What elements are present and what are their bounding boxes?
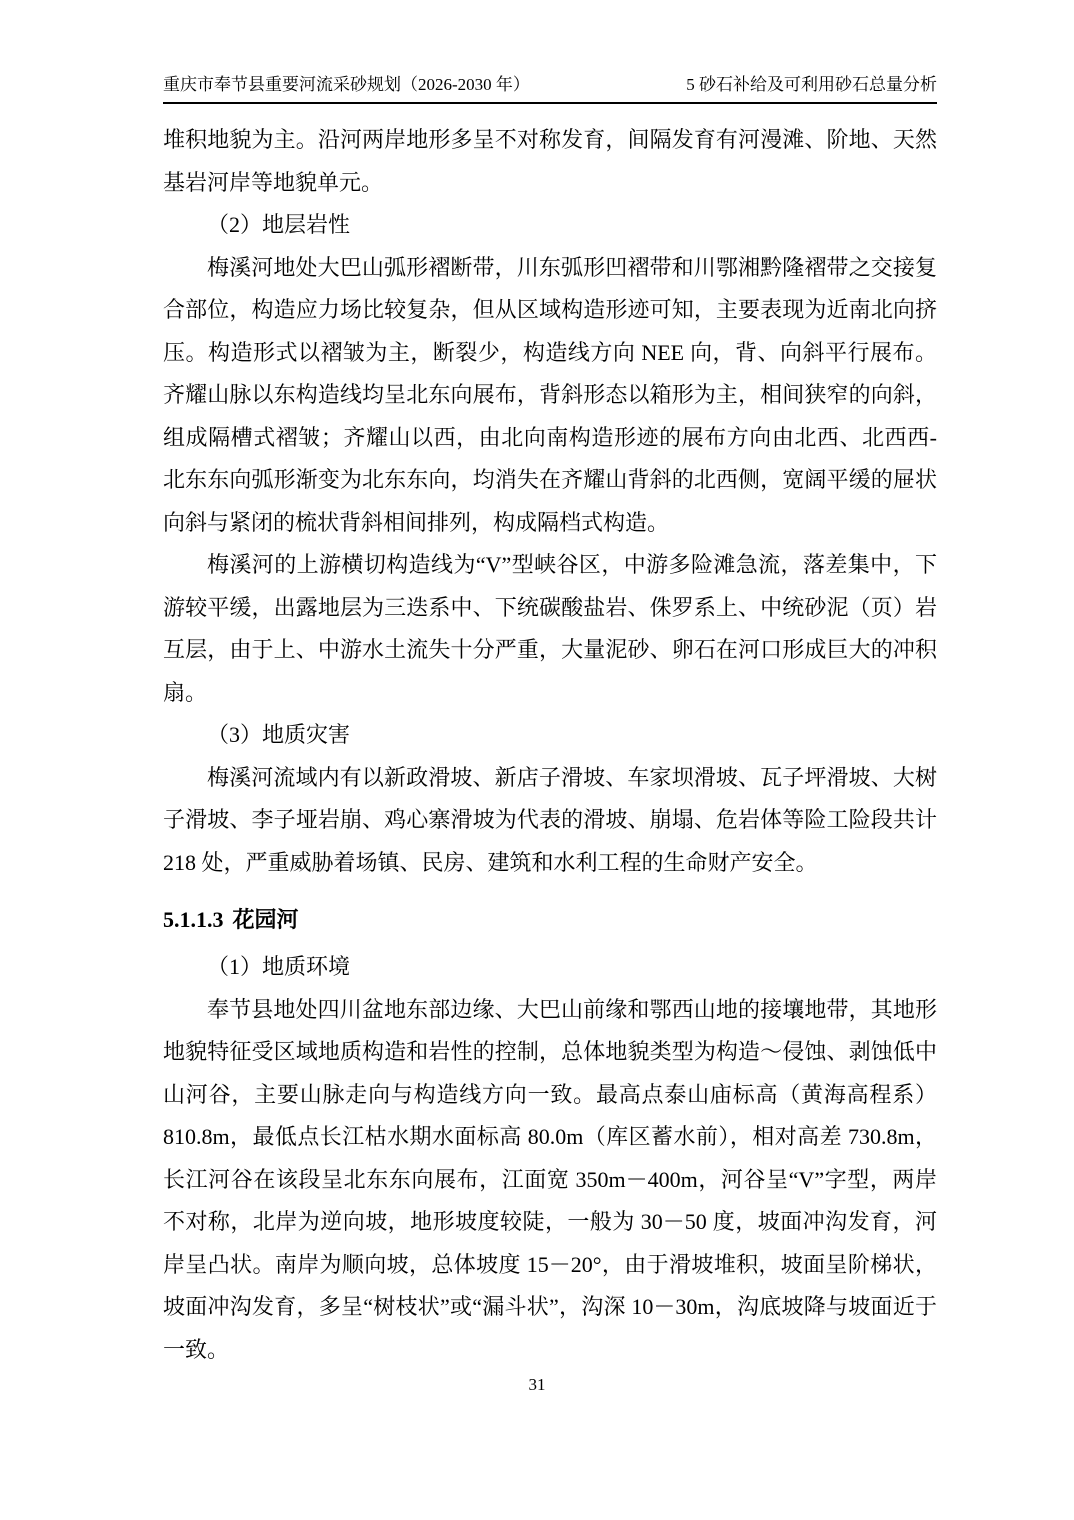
paragraph-huayuan-geology: 奉节县地处四川盆地东部边缘、大巴山前缘和鄂西山地的接壤地带，其地形地貌特征受区域… xyxy=(163,989,937,1372)
subsection-label-1: （1）地质环境 xyxy=(163,946,937,989)
subsection-label-2: （2）地层岩性 xyxy=(163,204,937,247)
section-heading-title: 花园河 xyxy=(233,907,299,932)
header-left-title: 重庆市奉节县重要河流采砂规划（2026-2030 年） xyxy=(163,74,530,95)
section-heading: 5.1.1.3花园河 xyxy=(163,899,937,941)
header-right-title: 5 砂石补给及可利用砂石总量分析 xyxy=(686,74,937,95)
page-header: 重庆市奉节县重要河流采砂规划（2026-2030 年） 5 砂石补给及可利用砂石… xyxy=(163,74,937,104)
paragraph-continued: 堆积地貌为主。沿河两岸地形多呈不对称发育，间隔发育有河漫滩、阶地、天然基岩河岸等… xyxy=(163,119,937,204)
page-number: 31 xyxy=(529,1375,546,1394)
document-body: 堆积地貌为主。沿河两岸地形多呈不对称发育，间隔发育有河漫滩、阶地、天然基岩河岸等… xyxy=(163,119,937,1371)
document-page: 重庆市奉节县重要河流采砂规划（2026-2030 年） 5 砂石补给及可利用砂石… xyxy=(0,0,1074,1520)
section-heading-number: 5.1.1.3 xyxy=(163,907,224,932)
paragraph-river-valley: 梅溪河的上游横切构造线为“V”型峡谷区，中游多险滩急流，落差集中，下游较平缓，出… xyxy=(163,544,937,714)
paragraph-geology-structure: 梅溪河地处大巴山弧形褶断带，川东弧形凹褶带和川鄂湘黔隆褶带之交接复合部位，构造应… xyxy=(163,247,937,545)
subsection-label-3: （3）地质灾害 xyxy=(163,714,937,757)
paragraph-geohazards: 梅溪河流域内有以新政滑坡、新店子滑坡、车家坝滑坡、瓦子坪滑坡、大树子滑坡、李子垭… xyxy=(163,757,937,885)
page-footer: 31 xyxy=(0,1374,1074,1396)
